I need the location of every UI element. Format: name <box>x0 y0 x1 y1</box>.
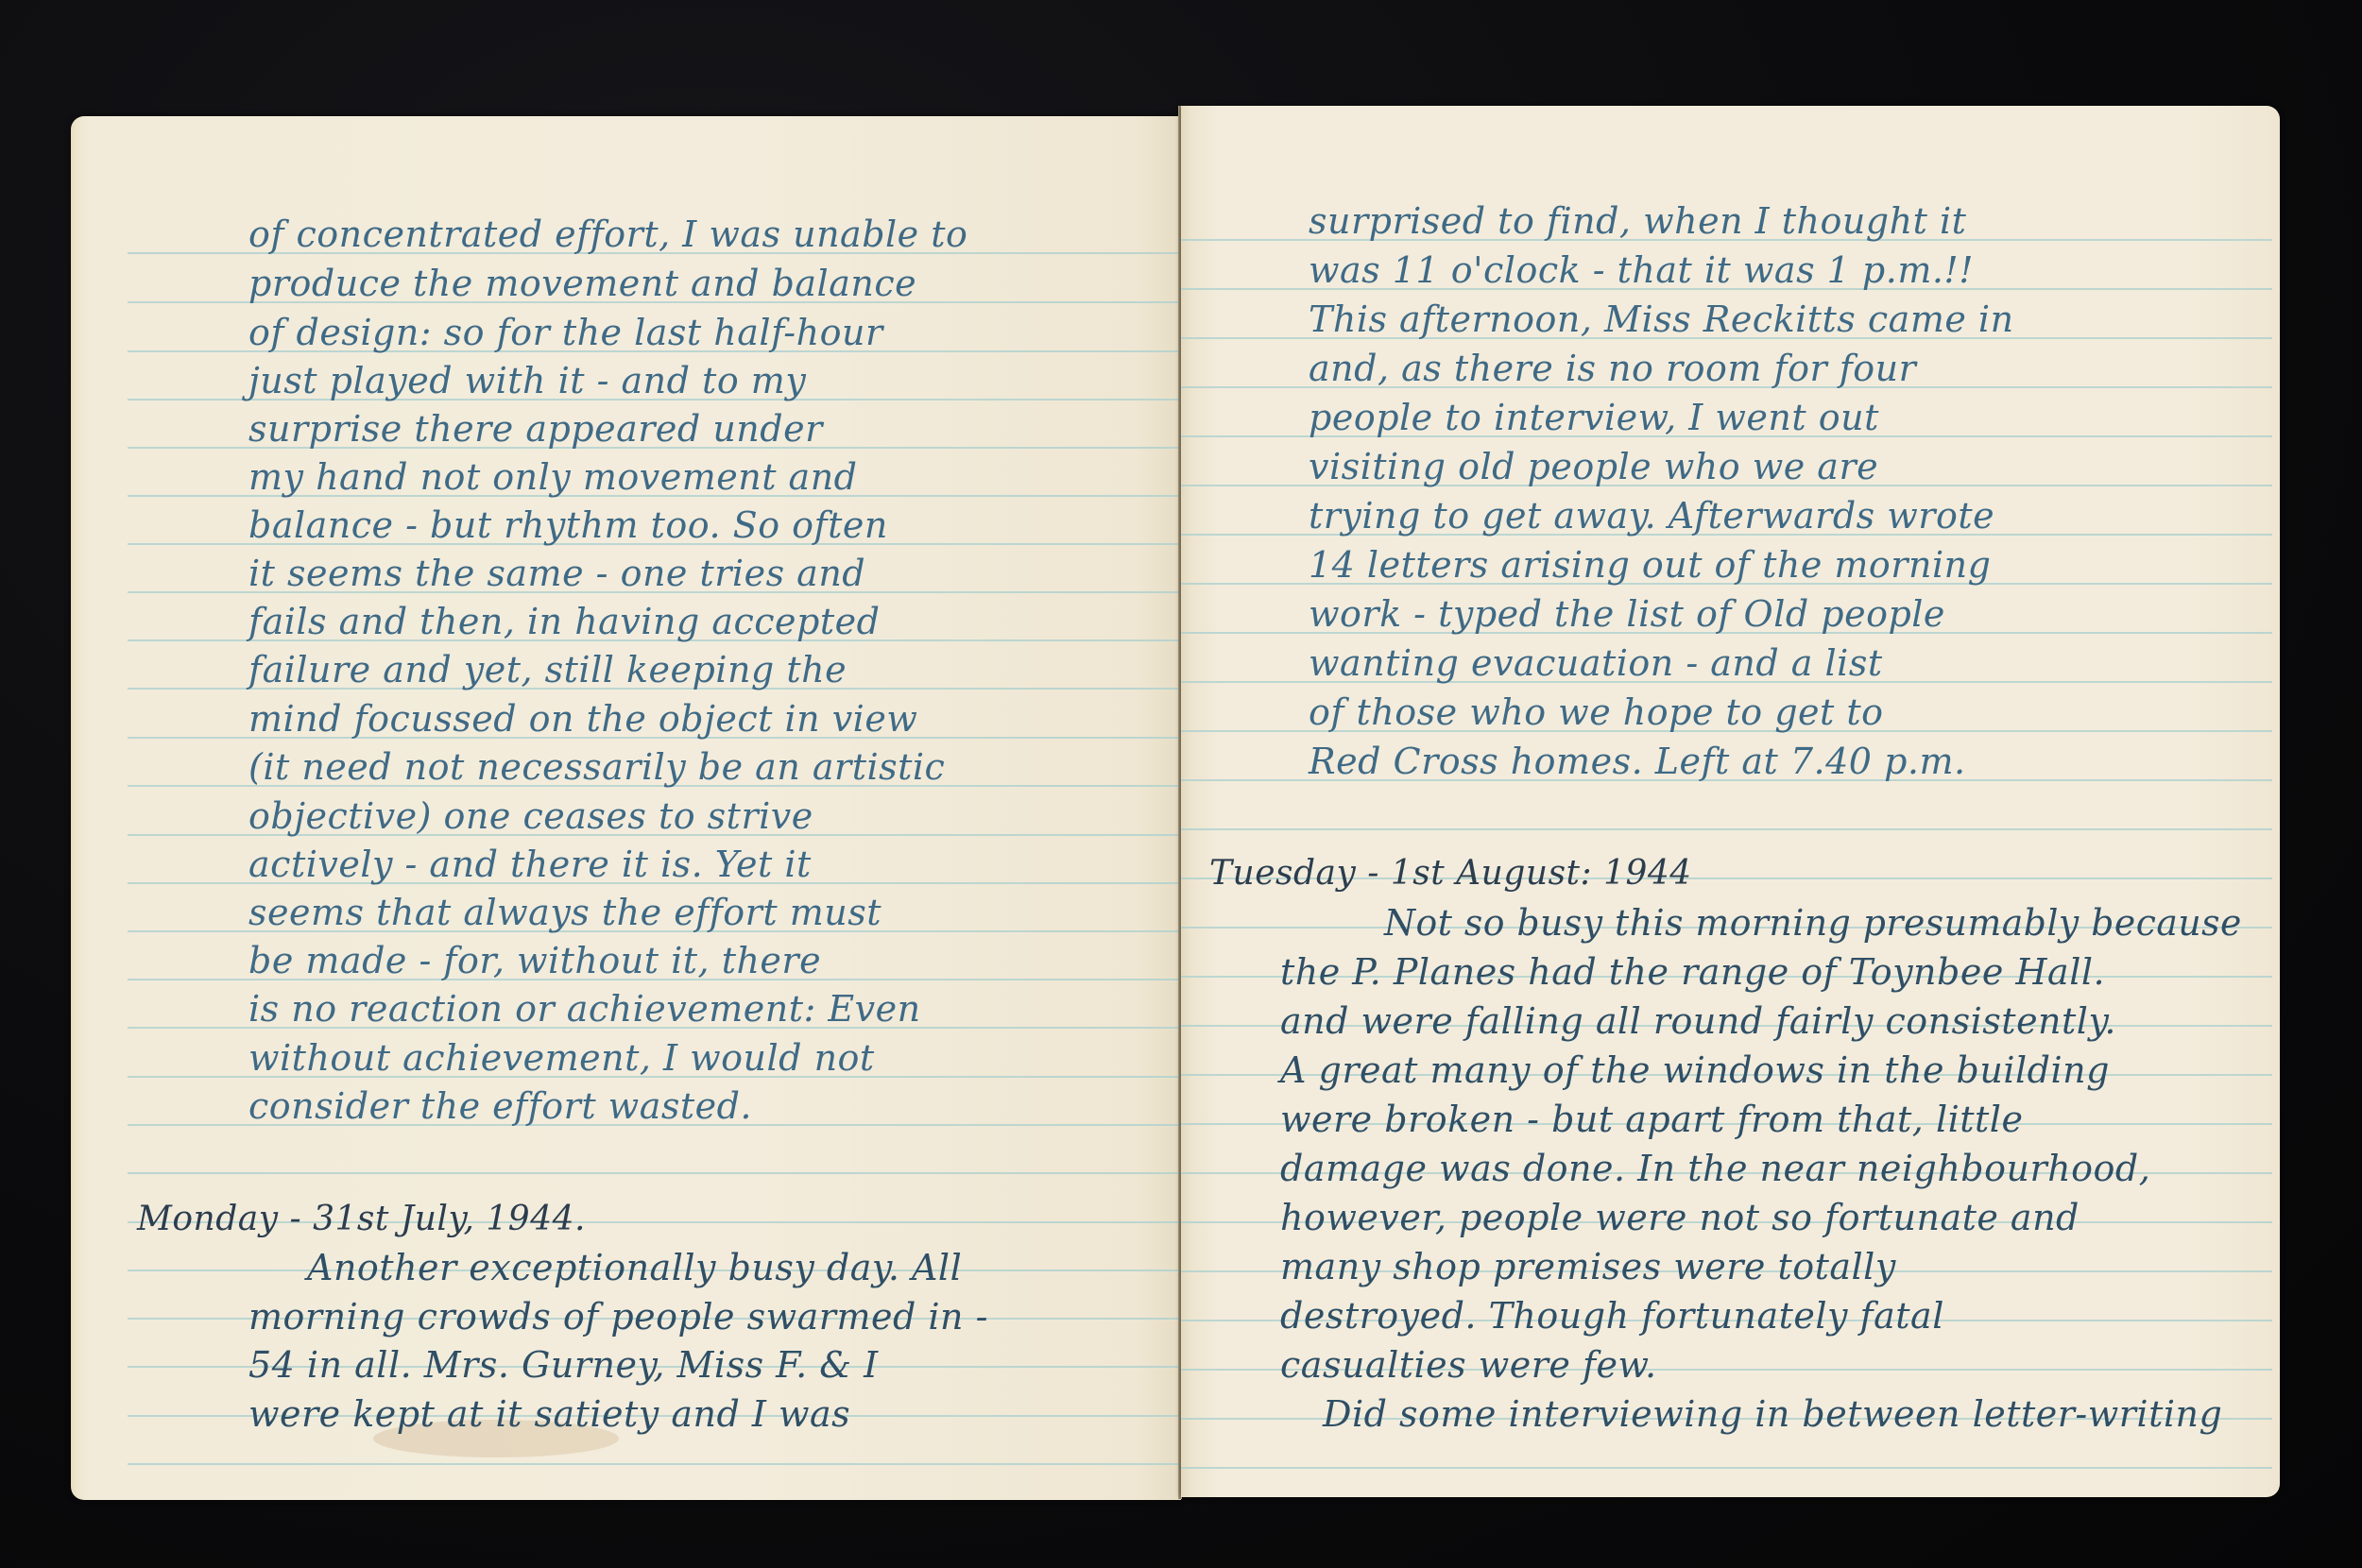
diary-line: (it need not necessarily be an artistic <box>248 749 945 785</box>
diary-line: and were falling all round fairly consis… <box>1280 1003 2116 1039</box>
diary-line: surprised to find, when I thought it <box>1309 203 1966 239</box>
diary-line: is no reaction or achievement: Even <box>248 991 921 1027</box>
diary-line: morning crowds of people swarmed in - <box>248 1299 988 1335</box>
diary-line: without achievement, I would not <box>248 1040 875 1076</box>
left-page: of concentrated effort, I was unable to … <box>71 116 1181 1500</box>
diary-line: fails and then, in having accepted <box>248 604 880 639</box>
diary-line: however, people were not so fortunate an… <box>1280 1200 2080 1236</box>
diary-line: destroyed. Though fortunately fatal <box>1280 1298 1944 1334</box>
diary-line: actively - and there it is. Yet it <box>248 846 812 882</box>
diary-line: trying to get away. Afterwards wrote <box>1309 498 1994 534</box>
diary-line: visiting old people who we are <box>1309 449 1878 485</box>
diary-line: seems that always the effort must <box>248 895 881 930</box>
diary-line: Did some interviewing in between letter-… <box>1323 1396 2222 1432</box>
diary-line: my hand not only movement and <box>248 459 858 495</box>
diary-line: wanting evacuation - and a list <box>1309 645 1883 681</box>
diary-line: it seems the same - one tries and <box>248 555 865 591</box>
diary-line: of those who we hope to get to <box>1309 694 1884 730</box>
diary-line: Not so busy this morning presumably beca… <box>1384 905 2242 941</box>
diary-line: was 11 o'clock - that it was 1 p.m.!! <box>1309 252 1974 288</box>
entry-date-heading: Tuesday - 1st August: 1944 <box>1209 857 1692 891</box>
diary-line: produce the movement and balance <box>248 265 916 301</box>
diary-line: 14 letters arising out of the morning <box>1309 547 1991 583</box>
diary-line: damage was done. In the near neighbourho… <box>1280 1150 2150 1186</box>
diary-line: objective) one ceases to strive <box>248 798 813 834</box>
diary-line: of concentrated effort, I was unable to <box>248 216 967 252</box>
diary-line: and, as there is no room for four <box>1309 350 1916 386</box>
diary-line: work - typed the list of Old people <box>1309 596 1945 632</box>
diary-line: A great many of the windows in the build… <box>1280 1052 2110 1088</box>
diary-line: Red Cross homes. Left at 7.40 p.m. <box>1309 743 1966 779</box>
diary-line: surprise there appeared under <box>248 411 823 447</box>
diary-line: Another exceptionally busy day. All <box>307 1250 962 1286</box>
diary-line: were broken - but apart from that, littl… <box>1280 1101 2023 1137</box>
diary-line: failure and yet, still keeping the <box>248 652 847 688</box>
diary-line: many shop premises were totally <box>1280 1249 1896 1285</box>
diary-line: 54 in all. Mrs. Gurney, Miss F. & I <box>248 1347 879 1383</box>
diary-line: This afternoon, Miss Reckitts came in <box>1309 301 2014 337</box>
diary-line: be made - for, without it, there <box>248 943 821 979</box>
diary-line: the P. Planes had the range of Toynbee H… <box>1280 954 2105 990</box>
diary-line: balance - but rhythm too. So often <box>248 507 888 543</box>
diary-line: consider the effort wasted. <box>248 1088 752 1124</box>
diary-line: just played with it - and to my <box>248 363 806 399</box>
diary-line: were kept at it satiety and I was <box>248 1396 850 1432</box>
diary-line: casualties were few. <box>1280 1347 1657 1383</box>
diary-line: of design: so for the last half-hour <box>248 315 883 350</box>
diary-line: people to interview, I went out <box>1309 400 1879 435</box>
right-page: surprised to find, when I thought it was… <box>1181 106 2280 1497</box>
diary-line: mind focussed on the object in view <box>248 701 917 737</box>
entry-date-heading: Monday - 31st July, 1944. <box>137 1202 586 1236</box>
